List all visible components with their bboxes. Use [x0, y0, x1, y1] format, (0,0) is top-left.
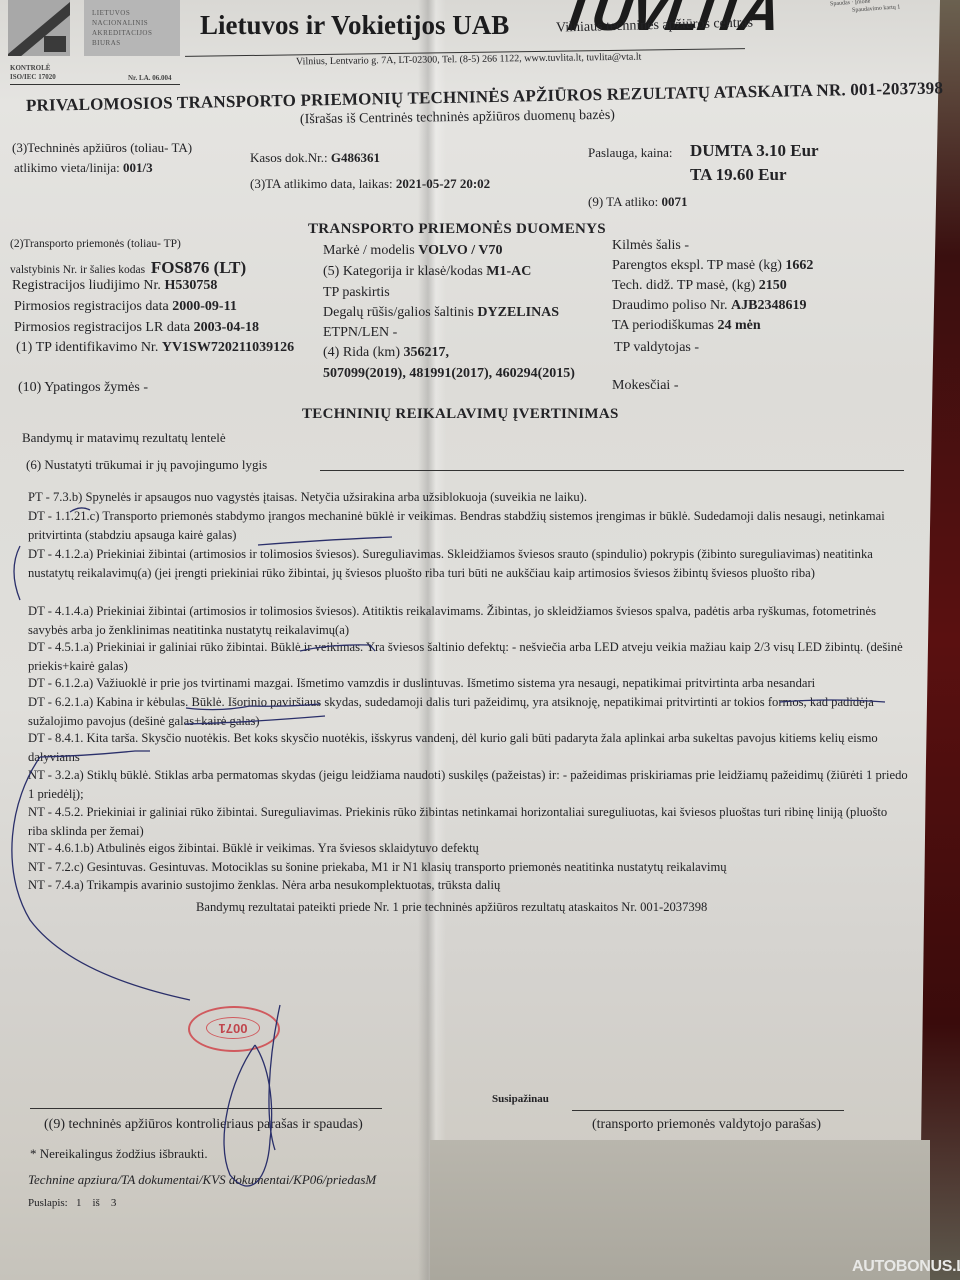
results-note: Bandymų rezultatai pateikti priede Nr. 1…: [196, 900, 707, 915]
max-mass-value: 2150: [759, 278, 787, 293]
first-reg-lt-label: Pirmosios registracijos LR data: [14, 320, 190, 335]
plate-row: valstybinis Nr. ir šalies kodas FOS876 (…: [10, 258, 246, 278]
first-reg-label: Pirmosios registracijos data: [14, 299, 169, 314]
mileage-value: 356217,: [403, 345, 449, 360]
accreditation-line: BIURAS: [92, 38, 180, 48]
defect-item: DT - 8.4.1. Kita tarša. Skysčio nuotėkis…: [28, 729, 908, 767]
stamp-number: 0071: [206, 1017, 260, 1039]
page-of: iš: [92, 1197, 99, 1209]
service-dumta: DUMTA 3.10 Eur: [690, 141, 819, 161]
owner-signature-line: [572, 1110, 844, 1111]
accreditation-box: LIETUVOS NACIONALINIS AKREDITACIJOS BIUR…: [84, 0, 180, 56]
defect-item: DT - 6.1.2.a) Važiuoklė ir prie jos tvir…: [28, 674, 908, 693]
accreditation-line: LIETUVOS: [92, 8, 180, 18]
page-indicator: Puslapis: 1 iš 3: [28, 1197, 116, 1209]
plate-label: valstybinis Nr. ir šalies kodas: [10, 264, 145, 276]
first-reg-lt-value: 2003-04-18: [194, 320, 259, 335]
defect-item: DT - 6.2.1.a) Kabina ir kėbulas. Būklė. …: [28, 693, 908, 731]
defect-item: NT - 7.4.a) Trikampis avarinio sustojimo…: [28, 876, 908, 895]
place-label: atlikimo vieta/linija: 001/3: [14, 160, 153, 176]
defect-item: NT - 4.6.1.b) Atbulinės eigos žibintai. …: [28, 839, 908, 858]
fuel-value: DYZELINAS: [477, 305, 559, 320]
fuel-label: Degalų rūšis/galios šaltinis: [323, 305, 474, 320]
owner-caption: (transporto priemonės valdytojo parašas): [592, 1117, 821, 1133]
divider: [10, 84, 180, 85]
special-marks: (10) Ypatingos žymės -: [18, 380, 148, 396]
defect-item: DT - 4.1.2.a) Priekiniai žibintai (artim…: [28, 545, 908, 583]
plate-value: FOS876 (LT): [151, 258, 246, 277]
defect-item: DT - 1.1.21.c) Transporto priemonės stab…: [28, 507, 908, 545]
curb-mass-value: 1662: [785, 258, 813, 273]
first-reg-value: 2000-09-11: [172, 299, 237, 314]
first-reg-lt-row: Pirmosios registracijos LR data 2003-04-…: [14, 320, 259, 336]
place-value: 001/3: [123, 160, 153, 175]
reg-cert-row: Registracijos liudijimo Nr. H530758: [12, 278, 217, 294]
mileage-row: (4) Rida (km) 356217,: [323, 345, 449, 361]
curb-mass-row: Parengtos ekspl. TP masė (kg) 1662: [612, 258, 813, 274]
reg-cert-value: H530758: [164, 278, 217, 293]
period-value: 24 mėn: [717, 318, 760, 333]
inspector-label: (9) TA atliko:: [588, 194, 658, 209]
tp-label: (2)Transporto priemonės (toliau- TP): [10, 238, 181, 250]
mileage-history: 507099(2019), 481991(2017), 460294(2015): [323, 366, 575, 382]
accreditation-line: NACIONALINIS: [92, 18, 180, 28]
vin-value: YV1SW720211039126: [162, 340, 294, 355]
assessment-section-title: TECHNINIŲ REIKALAVIMŲ ĮVERTINIMAS: [302, 406, 619, 423]
page-total: 3: [111, 1197, 117, 1209]
defect-item: NT - 4.5.2. Priekiniai ir galiniai rūko …: [28, 803, 908, 841]
la-number: Nr. LA. 06.004: [128, 74, 172, 82]
inspector: (9) TA atliko: 0071: [588, 194, 687, 210]
page-current: 1: [76, 1197, 82, 1209]
owner: TP valdytojas -: [614, 340, 699, 356]
defect-item: DT - 4.1.4.a) Priekiniai žibintai (artim…: [28, 602, 908, 640]
document-path: Technine apziura/TA dokumentai/KVS dokum…: [28, 1172, 376, 1188]
insurance-value: AJB2348619: [731, 298, 806, 313]
insurance-row: Draudimo poliso Nr. AJB2348619: [612, 298, 806, 314]
category-label: (5) Kategorija ir klasė/kodas: [323, 264, 483, 279]
mileage-label: (4) Rida (km): [323, 345, 400, 360]
place-label-text: atlikimo vieta/linija:: [14, 160, 120, 175]
service-ta: TA 19.60 Eur: [690, 165, 787, 185]
taxes: Mokesčiai -: [612, 378, 678, 394]
asterisk-note: * Nereikalingus žodžius išbraukti.: [30, 1146, 208, 1162]
accreditation-line: AKREDITACIJOS: [92, 28, 180, 38]
curb-mass-label: Parengtos ekspl. TP masė (kg): [612, 258, 782, 273]
company-title: Lietuvos ir Vokietijos UAB: [200, 10, 509, 41]
defects-underline: [320, 470, 904, 471]
controller-caption: ((9) techninės apžiūros kontrolieriaus p…: [44, 1117, 363, 1133]
make-label: Markė / modelis: [323, 243, 415, 258]
inspection-stamp: 0071: [188, 1006, 280, 1052]
defect-item: PT - 7.3.b) Spynelės ir apsaugos nuo vag…: [28, 488, 908, 507]
datetime-value: 2021-05-27 20:02: [396, 176, 490, 191]
insurance-label: Draudimo poliso Nr.: [612, 298, 728, 313]
etpn: ETPN/LEN -: [323, 325, 397, 341]
iso-label: ISO/IEC 17020: [10, 73, 56, 81]
make-row: Markė / modelis VOLVO / V70: [323, 243, 503, 259]
inspector-value: 0071: [661, 194, 687, 209]
period-row: TA periodiškumas 24 mėn: [612, 318, 761, 334]
category-value: M1-AC: [486, 264, 531, 279]
results-table-label: Bandymų ir matavimų rezultatų lentelė: [22, 430, 226, 446]
page-label: Puslapis:: [28, 1197, 68, 1209]
defect-item: NT - 7.2.c) Gesintuvas. Gesintuvas. Moto…: [28, 858, 908, 877]
vin-label: (1) TP identifikavimo Nr.: [16, 340, 158, 355]
inspection-datetime: (3)TA atlikimo data, laikas: 2021-05-27 …: [250, 176, 490, 192]
controller-signature-line: [30, 1108, 382, 1109]
accreditation-logo-icon: [8, 0, 70, 56]
max-mass-label: Tech. didž. TP masė, (kg): [612, 278, 755, 293]
defect-item: DT - 4.5.1.a) Priekiniai ir galiniai rūk…: [28, 638, 908, 676]
category-row: (5) Kategorija ir klasė/kodas M1-AC: [323, 264, 531, 280]
cash-doc-value: G486361: [331, 150, 380, 165]
vin-row: (1) TP identifikavimo Nr. YV1SW720211039…: [16, 340, 294, 356]
watermark-logo: AUTOBONUS.LT: [852, 1258, 960, 1276]
period-label: TA periodiškumas: [612, 318, 714, 333]
defects-label: (6) Nustatyti trūkumai ir jų pavojingumo…: [26, 457, 267, 473]
make-value: VOLVO / V70: [418, 243, 502, 258]
place-label: (3)Techninės apžiūros (toliau- TA): [12, 140, 192, 156]
reg-cert-label: Registracijos liudijimo Nr.: [12, 278, 161, 293]
cash-doc-label: Kasos dok.Nr.:: [250, 150, 328, 165]
defect-item: NT - 3.2.a) Stiklų būklė. Stiklas arba p…: [28, 766, 908, 804]
vehicle-section-title: TRANSPORTO PRIEMONĖS DUOMENYS: [308, 221, 606, 238]
max-mass-row: Tech. didž. TP masė, (kg) 2150: [612, 278, 787, 294]
acknowledge-label: Susipažinau: [492, 1093, 549, 1105]
first-reg-row: Pirmosios registracijos data 2000-09-11: [14, 299, 237, 315]
control-label: KONTROLĖ: [10, 64, 50, 72]
purpose-label: TP paskirtis: [323, 285, 390, 301]
fuel-row: Degalų rūšis/galios šaltinis DYZELINAS: [323, 305, 559, 321]
origin-country: Kilmės šalis -: [612, 238, 689, 254]
cash-doc: Kasos dok.Nr.: G486361: [250, 150, 380, 166]
service-label: Paslauga, kaina:: [588, 145, 672, 161]
datetime-label: (3)TA atlikimo data, laikas:: [250, 176, 393, 191]
